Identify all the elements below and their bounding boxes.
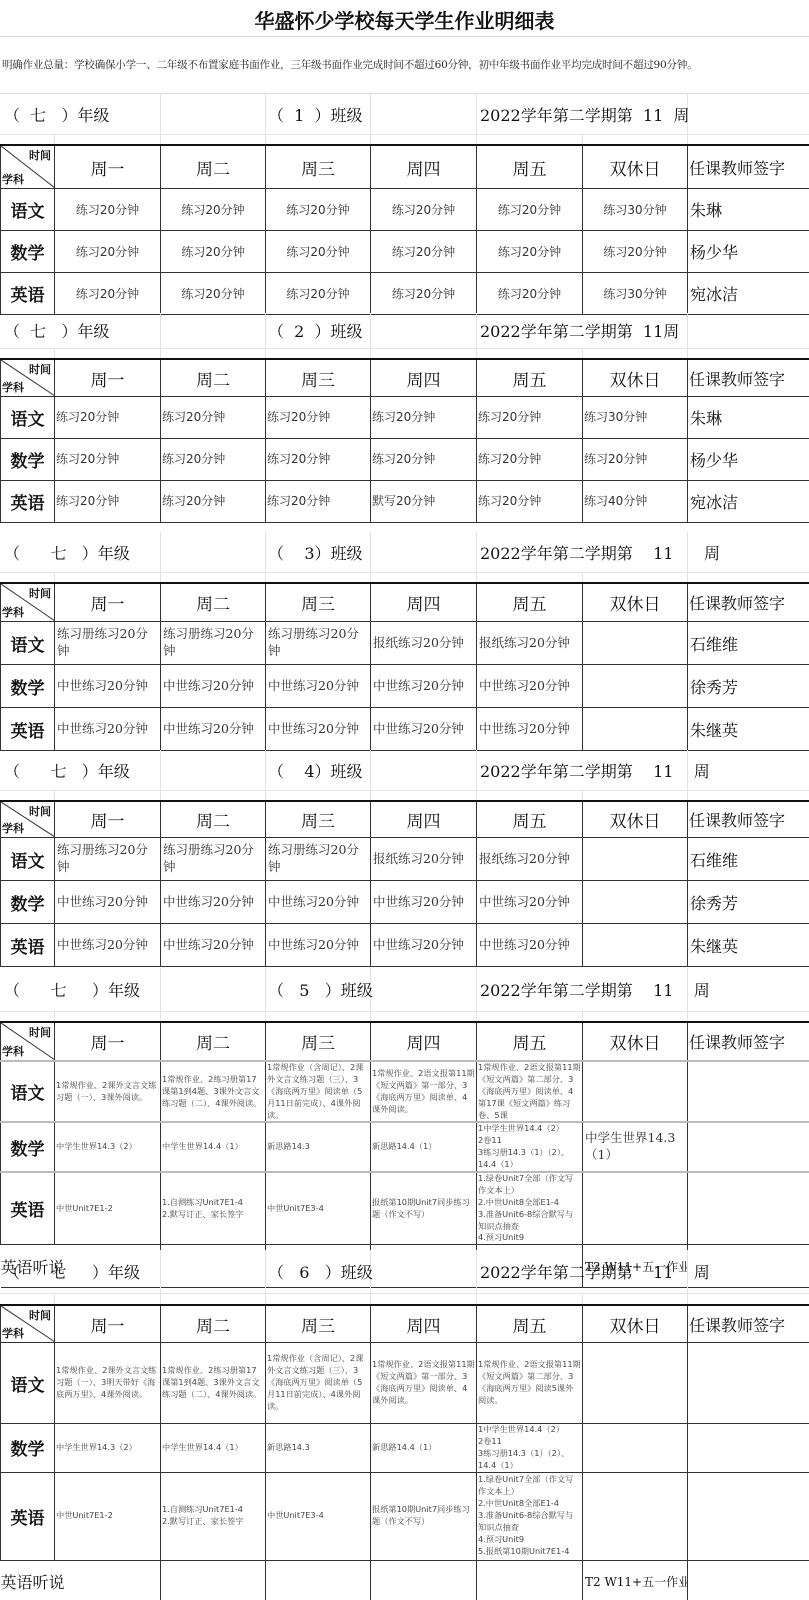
- homework-cell: 中世练习20分钟: [55, 924, 161, 967]
- homework-cell: 中世练习20分钟: [266, 665, 371, 708]
- homework-cell: 1常规作业、2语文报第11期《短文两篇》第二部分、3《海底两万里》阅读单、4第1…: [477, 1061, 583, 1122]
- corner-header: 时间学科: [1, 145, 55, 189]
- subject-cell: 语文: [1, 397, 55, 439]
- day-header: 周四: [371, 1022, 477, 1061]
- homework-cell: 练习20分钟: [161, 189, 266, 231]
- homework-cell: 1.自测练习Unit7E1-4 2.默写订正、家长签字: [161, 1472, 266, 1560]
- homework-cell: 练习20分钟: [477, 481, 583, 523]
- homework-cell: [583, 881, 688, 924]
- homework-cell: 1中学生世界14.4（2） 2卷11 3练习册14.3（1）（2）、14.4（1…: [477, 1424, 583, 1473]
- homework-cell: [371, 1560, 477, 1600]
- homework-cell: 练习20分钟: [161, 397, 266, 439]
- day-header: 双休日: [583, 801, 688, 838]
- day-header: 周三: [266, 801, 371, 838]
- term-label: 2022学年第二学期第 11 周: [480, 968, 710, 1011]
- homework-cell: 中世练习20分钟: [477, 881, 583, 924]
- homework-cell: 练习册练习20分钟: [266, 838, 371, 881]
- teacher-cell: [688, 1560, 809, 1600]
- homework-cell: 练习20分钟: [583, 439, 688, 481]
- subject-cell: 数学: [1, 439, 55, 481]
- homework-cell: [583, 1343, 688, 1424]
- homework-cell: 中世Unit7E3-4: [266, 1472, 371, 1560]
- homework-table-class-6: 时间学科 周一 周二 周三 周四 周五 双休日 任课教师签字 语文 1常规作业、…: [0, 1304, 809, 1600]
- homework-cell: [583, 1061, 688, 1122]
- homework-cell: 练习20分钟: [161, 481, 266, 523]
- homework-cell: 报纸练习20分钟: [371, 838, 477, 881]
- homework-cell: 练习20分钟: [55, 439, 161, 481]
- homework-table-class-2: 时间学科 周一 周二 周三 周四 周五 双休日 任课教师签字 语文 练习20分钟…: [0, 358, 809, 523]
- homework-table-class-4: 时间学科 周一 周二 周三 周四 周五 双休日 任课教师签字 语文 练习册练习2…: [0, 800, 809, 967]
- homework-cell: T2 W11+五一作业: [583, 1560, 688, 1600]
- homework-policy-note: 明确作业总量：学校确保小学一、二年级不布置家庭书面作业，三年级书面作业完成时间不…: [0, 37, 809, 94]
- homework-cell: 中世练习20分钟: [477, 924, 583, 967]
- subject-cell: 语文: [1, 1343, 55, 1424]
- teacher-cell: 朱琳: [688, 397, 809, 439]
- teacher-sign-header: 任课教师签字: [688, 1022, 809, 1061]
- homework-cell: 中学生世界14.4（1）: [161, 1122, 266, 1172]
- subject-cell: 语文: [1, 189, 55, 231]
- teacher-cell: 朱继英: [688, 708, 809, 751]
- subject-cell: 英语: [1, 273, 55, 315]
- term-label: 2022学年第二学期第 11 周: [480, 750, 710, 790]
- homework-cell: [583, 838, 688, 881]
- day-header: 周五: [477, 1305, 583, 1343]
- day-header: 周二: [161, 1305, 266, 1343]
- homework-cell: 新思路14.4（1）: [371, 1424, 477, 1473]
- day-header: 周三: [266, 145, 371, 189]
- homework-cell: 练习30分钟: [583, 273, 688, 315]
- teacher-cell: 宛冰洁: [688, 481, 809, 523]
- teacher-cell: 宛冰洁: [688, 273, 809, 315]
- homework-cell: 练习20分钟: [266, 439, 371, 481]
- class-label: （ 3）班级: [268, 532, 363, 572]
- table-row: 英语 练习20分钟 练习20分钟 练习20分钟 默写20分钟 练习20分钟 练习…: [1, 481, 809, 523]
- subject-cell: 英语: [1, 481, 55, 523]
- homework-cell: 练习20分钟: [266, 397, 371, 439]
- homework-cell: 练习册练习20分钟: [55, 838, 161, 881]
- grade-label: （ 七 ）年级: [4, 94, 109, 134]
- homework-cell: 默写20分钟: [371, 481, 477, 523]
- day-header: 周一: [55, 583, 161, 622]
- homework-cell: 练习20分钟: [55, 189, 161, 231]
- teacher-cell: 杨少华: [688, 439, 809, 481]
- homework-cell: 中世练习20分钟: [55, 881, 161, 924]
- corner-header: 时间学科: [1, 359, 55, 397]
- teacher-cell: 朱琳: [688, 189, 809, 231]
- table-row: 数学 中学生世界14.3（2） 中学生世界14.4（1） 新思路14.3 新思路…: [1, 1424, 809, 1473]
- term-label: 2022学年第二学期第 11 周: [480, 94, 689, 134]
- homework-cell: 报纸练习20分钟: [371, 622, 477, 665]
- table-row: 语文 1常规作业、2课外文言文练习题（一）、3明天带好《海底两万里》、4课外阅读…: [1, 1343, 809, 1424]
- teacher-cell: 朱继英: [688, 924, 809, 967]
- grade-label: （ 七 ）年级: [4, 750, 130, 790]
- homework-cell: [583, 1472, 688, 1560]
- homework-cell: 中世练习20分钟: [55, 708, 161, 751]
- class-info-row: （ 七 ）年级 （ 4）班级 2022学年第二学期第 11 周: [0, 750, 809, 790]
- homework-cell: [266, 1560, 371, 1600]
- homework-cell: 中世练习20分钟: [371, 708, 477, 751]
- subject-cell: 数学: [1, 1424, 55, 1473]
- homework-cell: 练习20分钟: [55, 481, 161, 523]
- subject-cell: 语文: [1, 1061, 55, 1122]
- homework-cell: 1常规作业、2语文报第11期《短文两篇》第一部分、3《海底两万里》阅读单、4课外…: [371, 1061, 477, 1122]
- teacher-sign-header: 任课教师签字: [688, 801, 809, 838]
- homework-cell: 练习30分钟: [583, 189, 688, 231]
- homework-cell: 中世练习20分钟: [55, 665, 161, 708]
- homework-cell: 练习20分钟: [371, 231, 477, 273]
- homework-cell: 报纸练习20分钟: [477, 622, 583, 665]
- homework-cell: 1中学生世界14.4（2） 2卷11 3练习册14.3（1）（2）、14.4（1…: [477, 1122, 583, 1172]
- corner-header: 时间学科: [1, 1022, 55, 1061]
- listening-row: 英语听说 T2 W11+五一作业: [1, 1560, 809, 1600]
- homework-cell: 中世练习20分钟: [266, 708, 371, 751]
- homework-cell: 1常规作业、2课外文言文练习题（一）、3课外阅读。: [55, 1061, 161, 1122]
- day-header: 周五: [477, 583, 583, 622]
- homework-cell: 练习册练习20分钟: [161, 622, 266, 665]
- table-row: 数学 练习20分钟 练习20分钟 练习20分钟 练习20分钟 练习20分钟 练习…: [1, 231, 809, 273]
- day-header: 周三: [266, 583, 371, 622]
- homework-cell: 新思路14.4（1）: [371, 1122, 477, 1172]
- homework-cell: [161, 1560, 266, 1600]
- table-row: 语文 练习20分钟 练习20分钟 练习20分钟 练习20分钟 练习20分钟 练习…: [1, 189, 809, 231]
- class-label: （ 4）班级: [268, 750, 363, 790]
- grade-label: （ 七 ）年级: [4, 532, 130, 572]
- homework-cell: 报纸练习20分钟: [477, 838, 583, 881]
- teacher-cell: 徐秀芳: [688, 881, 809, 924]
- homework-cell: 中世练习20分钟: [477, 665, 583, 708]
- homework-cell: 报纸第10期Unit7同步练习题（作文不写）: [371, 1172, 477, 1245]
- homework-cell: 练习20分钟: [477, 231, 583, 273]
- class-info-row: （ 七 ）年级 （ 1 ）班级 2022学年第二学期第 11 周: [0, 94, 809, 134]
- class-info-row: （ 七 ）年级 （ 6 ）班级 2022学年第二学期第 11 周: [0, 1250, 809, 1293]
- day-header: 周一: [55, 359, 161, 397]
- homework-cell: 中世练习20分钟: [477, 708, 583, 751]
- day-header: 周一: [55, 1022, 161, 1061]
- homework-cell: 中世练习20分钟: [161, 924, 266, 967]
- teacher-cell: [688, 1122, 809, 1172]
- homework-cell: 中世Unit7E1-2: [55, 1472, 161, 1560]
- day-header: 周四: [371, 359, 477, 397]
- page-title: 华盛怀少学校每天学生作业明细表: [0, 0, 809, 37]
- teacher-cell: [688, 1061, 809, 1122]
- homework-cell: [583, 1424, 688, 1473]
- subject-cell: 语文: [1, 838, 55, 881]
- class-info-row: （ 七 ）年级 （ 2 ）班级 2022学年第二学期第 11周: [0, 313, 809, 348]
- term-label: 2022学年第二学期第 11周: [480, 313, 679, 348]
- teacher-sign-header: 任课教师签字: [688, 583, 809, 622]
- homework-cell: 新思路14.3: [266, 1424, 371, 1473]
- teacher-cell: 石维维: [688, 838, 809, 881]
- homework-cell: 练习20分钟: [371, 397, 477, 439]
- homework-cell: 练习20分钟: [371, 189, 477, 231]
- homework-cell: 1常规作业（含周记）、2课外文言文练习题（三）、3《海底两万里》阅读单（5月11…: [266, 1061, 371, 1122]
- class-info-row: （ 七 ）年级 （ 3）班级 2022学年第二学期第 11 周: [0, 532, 809, 572]
- homework-cell: 练习20分钟: [266, 273, 371, 315]
- corner-header: 时间学科: [1, 801, 55, 838]
- day-header: 周一: [55, 1305, 161, 1343]
- homework-cell: [583, 665, 688, 708]
- day-header: 双休日: [583, 145, 688, 189]
- term-label: 2022学年第二学期第 11 周: [480, 1250, 710, 1293]
- homework-cell: 练习20分钟: [583, 231, 688, 273]
- table-row: 英语 中世Unit7E1-2 1.自测练习Unit7E1-4 2.默写订正、家长…: [1, 1472, 809, 1560]
- day-header: 周二: [161, 359, 266, 397]
- homework-cell: 中世Unit7E3-4: [266, 1172, 371, 1245]
- homework-table-class-5: 时间学科 周一 周二 周三 周四 周五 双休日 任课教师签字 语文 1常规作业、…: [0, 1021, 809, 1288]
- homework-cell: 1常规作业（含周记）、2课外文言文练习题（三）、3《海底两万里》阅读单（5月11…: [266, 1343, 371, 1424]
- homework-cell: 练习20分钟: [477, 273, 583, 315]
- homework-cell: 练习20分钟: [371, 439, 477, 481]
- listening-label: 英语听说: [1, 1560, 161, 1600]
- homework-cell: 练习20分钟: [55, 397, 161, 439]
- day-header: 周四: [371, 583, 477, 622]
- teacher-cell: 石维维: [688, 622, 809, 665]
- day-header: 周五: [477, 1022, 583, 1061]
- class-label: （ 2 ）班级: [268, 313, 363, 348]
- homework-cell: 练习20分钟: [477, 189, 583, 231]
- teacher-cell: [688, 1343, 809, 1424]
- homework-cell: [477, 1560, 583, 1600]
- class-label: （ 6 ）班级: [268, 1250, 373, 1293]
- homework-cell: 1常规作业、2课外文言文练习题（一）、3明天带好《海底两万里》、4课外阅读。: [55, 1343, 161, 1424]
- table-row: 数学 中世练习20分钟 中世练习20分钟 中世练习20分钟 中世练习20分钟 中…: [1, 665, 809, 708]
- homework-cell: 练习册练习20分钟: [55, 622, 161, 665]
- homework-cell: 1.绿卷Unit7全部（作文写作文本上） 2.中世Unit8全部E1-4 3.准…: [477, 1172, 583, 1245]
- teacher-cell: [688, 1472, 809, 1560]
- day-header: 双休日: [583, 1305, 688, 1343]
- subject-cell: 语文: [1, 622, 55, 665]
- homework-cell: 练习40分钟: [583, 481, 688, 523]
- homework-cell: 中学生世界14.3（1）: [583, 1122, 688, 1172]
- day-header: 周五: [477, 145, 583, 189]
- homework-cell: 中世练习20分钟: [371, 665, 477, 708]
- homework-cell: 练习20分钟: [266, 189, 371, 231]
- table-row: 数学 中学生世界14.3（2） 中学生世界14.4（1） 新思路14.3 新思路…: [1, 1122, 809, 1172]
- class-label: （ 5 ）班级: [268, 968, 373, 1011]
- day-header: 周二: [161, 801, 266, 838]
- homework-cell: 中世练习20分钟: [371, 881, 477, 924]
- teacher-cell: [688, 1424, 809, 1473]
- homework-cell: 1.自测练习Unit7E1-4 2.默写订正、家长签字: [161, 1172, 266, 1245]
- class-info-row: （ 七 ）年级 （ 5 ）班级 2022学年第二学期第 11 周: [0, 968, 809, 1011]
- homework-cell: 1常规作业、2练习册第17课第1到4题、3课外文言文练习题（二）、4课外阅读。: [161, 1343, 266, 1424]
- day-header: 周三: [266, 1022, 371, 1061]
- teacher-sign-header: 任课教师签字: [688, 359, 809, 397]
- teacher-cell: 徐秀芳: [688, 665, 809, 708]
- day-header: 周四: [371, 801, 477, 838]
- homework-cell: 练习册练习20分钟: [161, 838, 266, 881]
- subject-cell: 数学: [1, 231, 55, 273]
- homework-cell: 新思路14.3: [266, 1122, 371, 1172]
- homework-cell: 中世练习20分钟: [266, 924, 371, 967]
- homework-cell: 中世Unit7E1-2: [55, 1172, 161, 1245]
- day-header: 周五: [477, 801, 583, 838]
- homework-cell: 中学生世界14.3（2）: [55, 1424, 161, 1473]
- corner-header: 时间学科: [1, 583, 55, 622]
- class-label: （ 1 ）班级: [268, 94, 363, 134]
- teacher-sign-header: 任课教师签字: [688, 145, 809, 189]
- homework-cell: 练习20分钟: [477, 397, 583, 439]
- table-row: 英语 练习20分钟 练习20分钟 练习20分钟 练习20分钟 练习20分钟 练习…: [1, 273, 809, 315]
- homework-cell: 练习20分钟: [55, 273, 161, 315]
- homework-cell: [583, 708, 688, 751]
- homework-cell: 练习20分钟: [161, 273, 266, 315]
- table-row: 数学 练习20分钟 练习20分钟 练习20分钟 练习20分钟 练习20分钟 练习…: [1, 439, 809, 481]
- day-header: 周一: [55, 801, 161, 838]
- teacher-cell: 杨少华: [688, 231, 809, 273]
- homework-cell: 中世练习20分钟: [161, 708, 266, 751]
- table-row: 英语 中世练习20分钟 中世练习20分钟 中世练习20分钟 中世练习20分钟 中…: [1, 708, 809, 751]
- homework-cell: 1常规作业、2语文报第11期《短文两篇》第二部分、3《海底两万里》阅读5课外阅读…: [477, 1343, 583, 1424]
- table-row: 语文 1常规作业、2课外文言文练习题（一）、3课外阅读。 1常规作业、2练习册第…: [1, 1061, 809, 1122]
- day-header: 周二: [161, 583, 266, 622]
- day-header: 周二: [161, 145, 266, 189]
- table-row: 数学 中世练习20分钟 中世练习20分钟 中世练习20分钟 中世练习20分钟 中…: [1, 881, 809, 924]
- homework-table-class-3: 时间学科 周一 周二 周三 周四 周五 双休日 任课教师签字 语文 练习册练习2…: [0, 582, 809, 751]
- day-header: 双休日: [583, 359, 688, 397]
- homework-cell: 报纸第10期Unit7同步练习题（作文不写）: [371, 1472, 477, 1560]
- homework-cell: 练习20分钟: [266, 231, 371, 273]
- subject-cell: 英语: [1, 924, 55, 967]
- homework-cell: 中世练习20分钟: [266, 881, 371, 924]
- day-header: 周四: [371, 1305, 477, 1343]
- subject-cell: 数学: [1, 1122, 55, 1172]
- homework-cell: [583, 622, 688, 665]
- homework-cell: [583, 1172, 688, 1245]
- day-header: 周一: [55, 145, 161, 189]
- corner-header: 时间学科: [1, 1305, 55, 1343]
- table-row: 英语 中世Unit7E1-2 1.自测练习Unit7E1-4 2.默写订正、家长…: [1, 1172, 809, 1245]
- table-row: 英语 中世练习20分钟 中世练习20分钟 中世练习20分钟 中世练习20分钟 中…: [1, 924, 809, 967]
- homework-cell: [583, 924, 688, 967]
- day-header: 周五: [477, 359, 583, 397]
- homework-cell: 练习20分钟: [266, 481, 371, 523]
- teacher-sign-header: 任课教师签字: [688, 1305, 809, 1343]
- day-header: 周二: [161, 1022, 266, 1061]
- table-row: 语文 练习册练习20分钟 练习册练习20分钟 练习册练习20分钟 报纸练习20分…: [1, 838, 809, 881]
- homework-cell: 练习20分钟: [161, 439, 266, 481]
- teacher-cell: [688, 1172, 809, 1245]
- grade-label: （ 七 ）年级: [4, 1250, 140, 1293]
- grade-label: （ 七 ）年级: [4, 968, 140, 1011]
- homework-cell: 中世练习20分钟: [161, 665, 266, 708]
- term-label: 2022学年第二学期第 11 周: [480, 532, 720, 572]
- day-header: 周三: [266, 1305, 371, 1343]
- homework-cell: 中学生世界14.4（1）: [161, 1424, 266, 1473]
- homework-cell: 1常规作业、2练习册第17课第1到4题、3课外文言文练习题（二）、4课外阅读。: [161, 1061, 266, 1122]
- day-header: 周三: [266, 359, 371, 397]
- homework-cell: 1.绿卷Unit7全部（作文写作文本上） 2.中世Unit8全部E1-4 3.准…: [477, 1472, 583, 1560]
- day-header: 双休日: [583, 583, 688, 622]
- homework-cell: 中世练习20分钟: [161, 881, 266, 924]
- homework-cell: 练习30分钟: [583, 397, 688, 439]
- subject-cell: 英语: [1, 1472, 55, 1560]
- subject-cell: 英语: [1, 1172, 55, 1245]
- homework-cell: 练习20分钟: [55, 231, 161, 273]
- homework-cell: 练习20分钟: [477, 439, 583, 481]
- homework-cell: 中学生世界14.3（2）: [55, 1122, 161, 1172]
- day-header: 双休日: [583, 1022, 688, 1061]
- homework-cell: 1常规作业、2语文报第11期《短文两篇》第一部分、3《海底两万里》阅读单、4课外…: [371, 1343, 477, 1424]
- table-row: 语文 练习20分钟 练习20分钟 练习20分钟 练习20分钟 练习20分钟 练习…: [1, 397, 809, 439]
- homework-table-class-1: 时间学科 周一 周二 周三 周四 周五 双休日 任课教师签字 语文 练习20分钟…: [0, 144, 809, 315]
- subject-cell: 英语: [1, 708, 55, 751]
- table-row: 语文 练习册练习20分钟 练习册练习20分钟 练习册练习20分钟 报纸练习20分…: [1, 622, 809, 665]
- homework-cell: 练习20分钟: [371, 273, 477, 315]
- homework-cell: 中世练习20分钟: [371, 924, 477, 967]
- subject-cell: 数学: [1, 881, 55, 924]
- subject-cell: 数学: [1, 665, 55, 708]
- day-header: 周四: [371, 145, 477, 189]
- grade-label: （ 七 ）年级: [4, 313, 109, 348]
- homework-cell: 练习册练习20分钟: [266, 622, 371, 665]
- homework-cell: 练习20分钟: [161, 231, 266, 273]
